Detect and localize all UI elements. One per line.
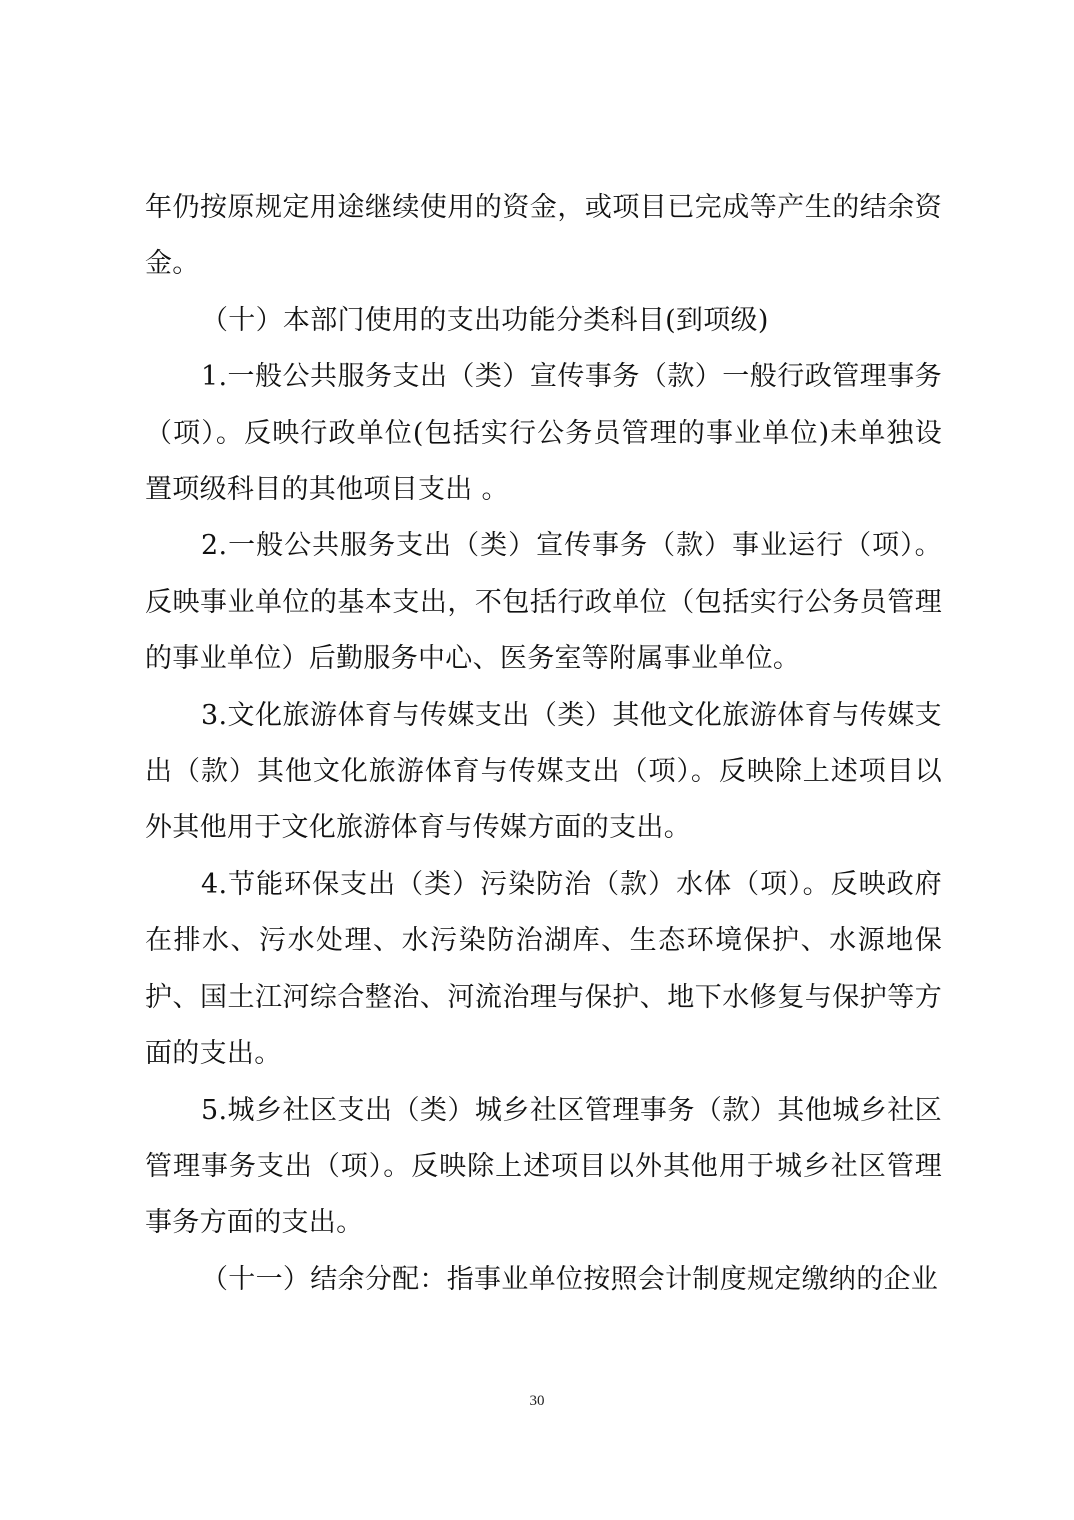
paragraph-item-2: 2.一般公共服务支出（类）宣传事务（款）事业运行（项）。反映事业单位的基本支出，… bbox=[145, 518, 942, 687]
section-heading-11: （十一）结余分配：指事业单位按照会计制度规定缴纳的企业 bbox=[145, 1252, 942, 1308]
paragraph-item-5: 5.城乡社区支出（类）城乡社区管理事务（款）其他城乡社区管理事务支出（项）。反映… bbox=[145, 1083, 942, 1252]
document-page: 年仍按原规定用途继续使用的资金，或项目已完成等产生的结余资金。 （十）本部门使用… bbox=[0, 0, 1074, 1520]
section-heading-10: （十）本部门使用的支出功能分类科目(到项级) bbox=[145, 293, 942, 349]
document-body: 年仍按原规定用途继续使用的资金，或项目已完成等产生的结余资金。 （十）本部门使用… bbox=[145, 180, 942, 1308]
paragraph-item-3: 3.文化旅游体育与传媒支出（类）其他文化旅游体育与传媒支出（款）其他文化旅游体育… bbox=[145, 688, 942, 857]
paragraph-item-4: 4.节能环保支出（类）污染防治（款）水体（项）。反映政府在排水、污水处理、水污染… bbox=[145, 857, 942, 1083]
page-number: 30 bbox=[0, 1393, 1074, 1410]
paragraph-carryover: 年仍按原规定用途继续使用的资金，或项目已完成等产生的结余资金。 bbox=[145, 180, 942, 293]
paragraph-item-1: 1.一般公共服务支出（类）宣传事务（款）一般行政管理事务（项）。反映行政单位(包… bbox=[145, 349, 942, 518]
